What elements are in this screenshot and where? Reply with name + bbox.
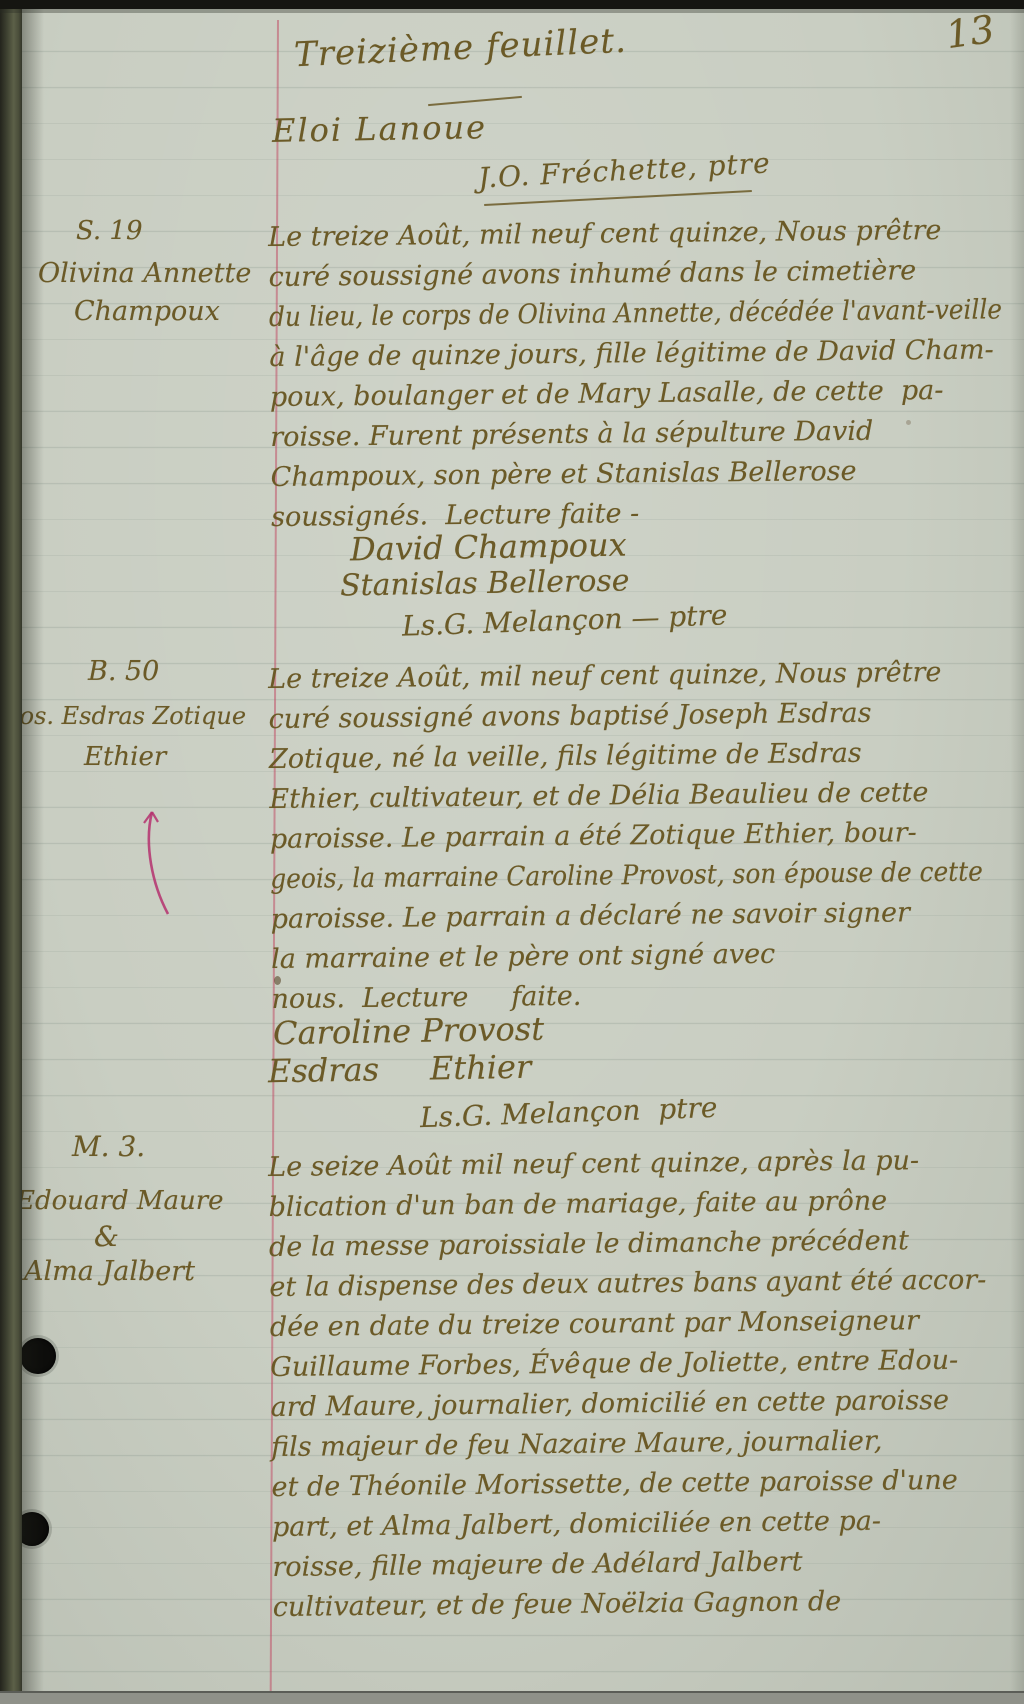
register-page: Treizième feuillet. 13 Eloi Lanoue J.O. … — [0, 0, 1024, 1704]
entry2-margin-name: Jos. Esdras Zotique — [10, 702, 246, 730]
page-number: 13 — [943, 7, 997, 57]
margin-check-mark — [128, 792, 192, 924]
entry1-margin-name: Olivina Annette — [38, 258, 251, 289]
entry2-margin-code: B. 50 — [88, 656, 159, 687]
record-line: Le treize Août, mil neuf cent quinze, No… — [268, 652, 1024, 700]
record-line: poux, boulanger et de Mary Lasalle, de c… — [270, 370, 1024, 418]
registrant-name: Eloi Lanoue — [272, 108, 488, 150]
signature-witness: David Champoux — [350, 526, 627, 569]
entry3-margin-code: M. 3. — [72, 1130, 145, 1163]
entry2-margin-surname: Ethier — [84, 742, 166, 772]
entry1-record-text: Le treize Août, mil neuf cent quinze, No… — [268, 210, 1024, 538]
record-line: et de Théonile Morissette, de cette paro… — [271, 1460, 1024, 1508]
signature-witness: Caroline Provost — [273, 1010, 545, 1053]
bottom-scan-edge — [0, 1691, 1024, 1704]
record-line: du lieu, le corps de Olivina Annette, dé… — [269, 291, 969, 338]
right-edge-shade — [1010, 0, 1024, 1704]
entry3-record-text: Le seize Août mil neuf cent quinze, aprè… — [268, 1140, 1024, 1628]
record-line: Le seize Août mil neuf cent quinze, aprè… — [268, 1140, 1024, 1188]
record-line: ard Maure, journalier, domicilié en cett… — [271, 1380, 1024, 1428]
record-line: geois, la marraine Caroline Provost, son… — [270, 853, 970, 900]
paper-speck — [274, 976, 281, 985]
entry1-margin-surname: Champoux — [74, 296, 220, 327]
top-scan-shadow — [0, 9, 1024, 13]
binding-edge — [0, 0, 22, 1704]
signature-witness: Stanislas Bellerose — [340, 563, 630, 603]
entry3-margin-ampersand: & — [94, 1220, 119, 1253]
entry3-margin-groom: Edouard Maure — [16, 1186, 224, 1216]
entry3-margin-bride: Alma Jalbert — [24, 1256, 195, 1287]
signature-witness: Esdras Ethier — [268, 1048, 532, 1091]
entry2-record-text: Le treize Août, mil neuf cent quinze, No… — [268, 652, 1024, 1020]
record-line: cultivateur, et de feue Noëlzia Gagnon d… — [273, 1580, 1024, 1628]
binding-shadow — [22, 0, 44, 1704]
paper-speck — [906, 420, 911, 425]
entry1-margin-code: S. 19 — [76, 216, 143, 246]
top-scan-edge — [0, 0, 1024, 9]
